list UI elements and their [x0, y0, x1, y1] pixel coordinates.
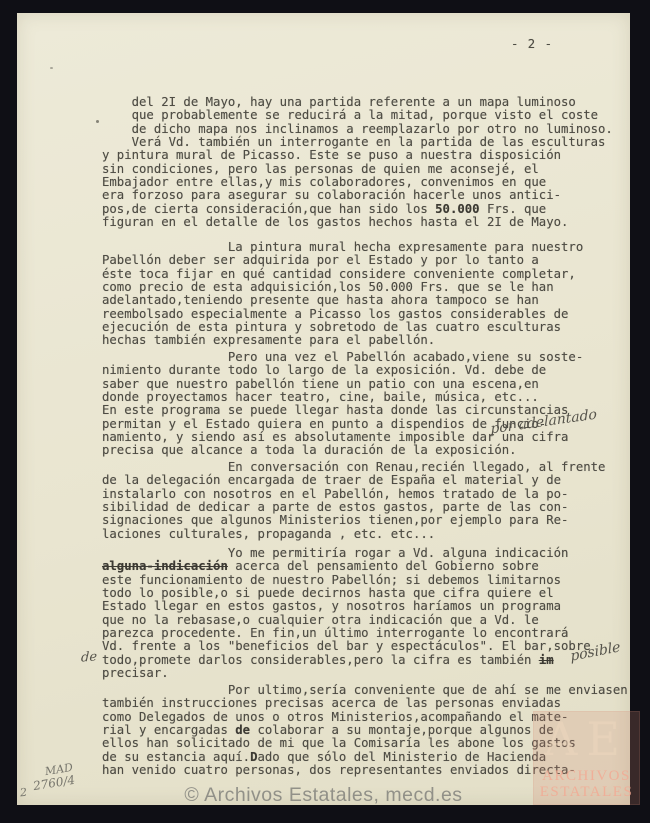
paragraph-2: La pintura mural hecha expresamente para… [102, 241, 583, 348]
stamp-initials: AE [533, 711, 640, 767]
stamp-text-line2: ESTATALES [533, 784, 640, 801]
paragraph-text: acerca del pensamiento del Gobierno sobr… [102, 559, 591, 666]
inserted-word: de [235, 723, 250, 737]
paragraph-text: precisar. [102, 666, 169, 680]
paragraph-text: del 2I de Mayo, hay una partida referent… [102, 95, 613, 216]
paragraph-3: Pero una vez el Pabellón acabado,viene s… [102, 351, 583, 458]
paper-speck [50, 67, 53, 69]
handwritten-annotation-de: de [81, 649, 98, 665]
paragraph-4: En conversación con Renau,recién llegado… [102, 461, 605, 541]
struck-out-text: im [539, 653, 554, 667]
archive-stamp: AE ARCHIVOS ESTATALES [533, 711, 640, 805]
paragraph-text: Yo me permitiría rogar a Vd. alguna indi… [102, 546, 568, 560]
struck-out-text: alguna-indicación [102, 559, 228, 573]
scanned-document-page: - 2 - del 2I de Mayo, hay una partida re… [0, 0, 650, 823]
paper-speck [96, 120, 99, 123]
overtyped-amount: 50.000 [435, 202, 479, 216]
stamp-text-line1: ARCHIVOS [533, 768, 640, 785]
paragraph-5: Yo me permitiría rogar a Vd. alguna indi… [102, 547, 591, 680]
paragraph-1: del 2I de Mayo, hay una partida referent… [102, 96, 613, 229]
page-number: - 2 - [511, 38, 553, 51]
